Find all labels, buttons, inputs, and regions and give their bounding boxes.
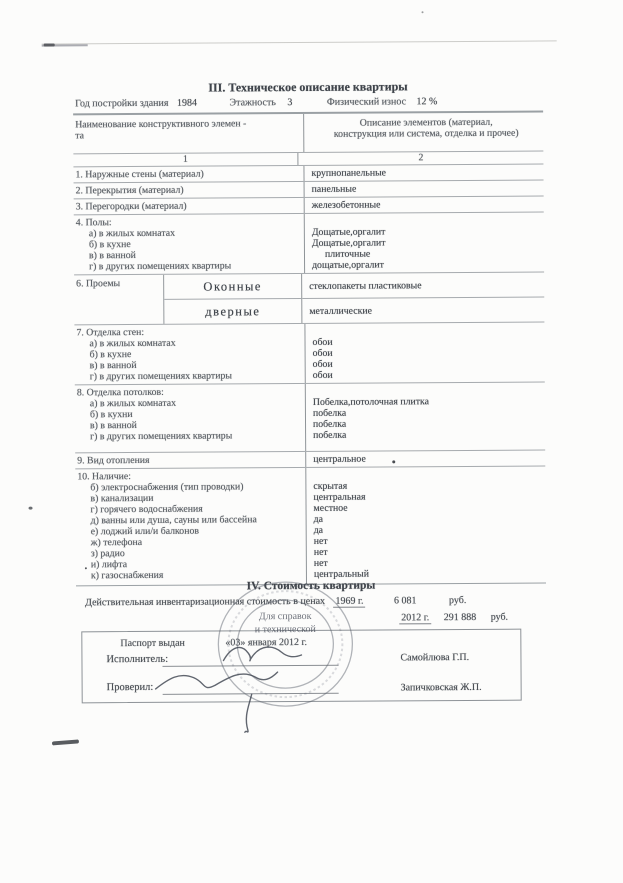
checker-signature-line <box>163 681 339 695</box>
section-iii-title: III. Техническое описание квартиры <box>68 78 548 96</box>
checker-label: Проверил: <box>107 682 154 693</box>
passport-issued-line: Паспорт выдан «03» января 2012 г. <box>120 637 307 649</box>
executor-label: Исполнитель: <box>106 654 168 665</box>
sub-value: дощатые,оргалит <box>312 259 542 271</box>
wear-value: 12 % <box>416 96 437 107</box>
row-label: 6. Проемы <box>76 278 120 289</box>
row-value: крупнопанельные <box>311 167 386 178</box>
sub-label: г) в других помещениях квартиры <box>76 260 300 272</box>
ruble-unit: руб. <box>491 612 508 623</box>
executor-name: Самойлюва Г.П. <box>400 652 469 663</box>
row-label: 3. Перегородки (материал) <box>76 201 187 213</box>
table-row-utilities: 10. Наличие: б) электроснабжения (тип пр… <box>75 467 546 586</box>
row-value: железобетонные <box>312 200 381 211</box>
fold-mark <box>52 739 79 745</box>
scan-edge-mark <box>44 43 55 46</box>
row-value: центральное <box>313 454 366 465</box>
scan-edge-line <box>42 40 557 44</box>
header-col1: Наименование конструктивного элемен - та <box>73 114 304 153</box>
sub-value: побелка <box>313 429 543 441</box>
ink-speck <box>29 507 33 510</box>
valuation-line-1969: Действительная инвентаризационная стоимо… <box>85 595 466 608</box>
scanned-document-page: III. Техническое описание квартиры Год п… <box>0 0 623 883</box>
valuation-value-1969: 6 081 <box>394 595 417 606</box>
row-value: панельные <box>312 184 357 195</box>
passport-issued-date: «03» января 2012 г. <box>225 637 307 648</box>
floors-value: 3 <box>287 97 292 108</box>
openings-door-value: металлические <box>302 298 544 323</box>
stamp-text-line1: Для справок <box>259 611 312 622</box>
wear-label: Физический износ <box>327 96 406 107</box>
table-header-row: Наименование конструктивного элемен - та… <box>73 113 543 155</box>
table-row-floors: 4. Полы: а) в жилых комнатах б) в кухне … <box>74 213 544 276</box>
header-col2: Описание элементов (материал, конструкци… <box>304 113 543 152</box>
openings-window-label: Оконные <box>164 274 301 300</box>
row-label: 9. Вид отопления <box>77 455 149 466</box>
table-row-wall-finish: 7. Отделка стен: а) в жилых комнатах б) … <box>74 323 544 386</box>
ruble-unit: руб. <box>449 595 466 606</box>
valuation-prefix: Действительная инвентаризационная стоимо… <box>85 596 325 608</box>
sub-label: г) в других помещениях квартиры <box>77 430 301 442</box>
scan-content: III. Техническое описание квартиры Год п… <box>0 0 623 883</box>
valuation-value-2012: 291 888 <box>444 612 477 623</box>
sub-value: обои <box>313 369 543 381</box>
valuation-line-2012: 2012 г. 291 888 руб. <box>399 612 508 624</box>
passport-issued-label: Паспорт выдан <box>120 638 185 649</box>
ink-speck <box>422 11 424 13</box>
col2-number: 2 <box>298 152 543 165</box>
openings-door-label: дверные <box>164 299 301 324</box>
section-iv-title: IV. Стоимость квартиры <box>71 578 551 593</box>
tech-description-table: Наименование конструктивного элемен - та… <box>73 111 546 587</box>
building-meta: Год постройки здания 1984 Этажность 3 Фи… <box>75 95 555 109</box>
row-label: 1. Наружные стены (материал) <box>75 169 203 181</box>
col1-number: 1 <box>73 153 298 166</box>
floors-label: Этажность <box>229 97 275 108</box>
table-row-ceiling-finish: 8. Отделка потолков: а) в жилых комнатах… <box>75 383 545 454</box>
valuation-year-2012: 2012 г. <box>399 612 431 624</box>
passport-signature-box: Паспорт выдан «03» января 2012 г. Исполн… <box>81 629 521 704</box>
row-label: 2. Перекрытия (материал) <box>76 185 184 197</box>
sub-label: г) в других помещениях квартиры <box>77 370 301 382</box>
build-year-value: 1984 <box>177 98 197 109</box>
executor-signature-line <box>162 653 338 667</box>
openings-window-value: стеклопакеты пластиковые <box>302 273 544 299</box>
table-row-openings: 6. Проемы Оконные дверные стеклопакеты п… <box>74 273 544 326</box>
valuation-year-1969: 1969 г. <box>333 596 365 608</box>
build-year-label: Год постройки здания <box>75 98 168 110</box>
checker-name: Запичковская Ж.П. <box>401 682 482 693</box>
